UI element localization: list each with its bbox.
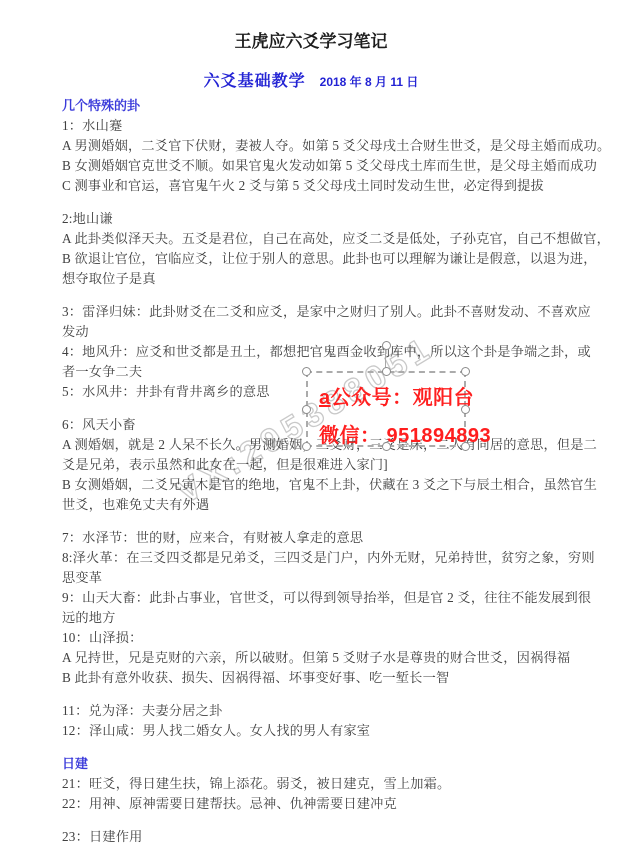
text-line: 想夺取位子是真 [62, 269, 596, 289]
document-page: 王虎应六爻学习笔记 六爻基础教学2018 年 8 月 11 日 几个特殊的卦1：… [0, 0, 622, 856]
document-body: 几个特殊的卦1：水山蹇A 男测婚姻，二爻官下伏财，妻被人夺。如第 5 爻父母戌土… [62, 96, 596, 847]
text-line: 11：兑为泽：夫妻分居之卦 [62, 701, 596, 721]
text-line: 23：日建作用 [62, 827, 596, 847]
selection-handle-bottom-left[interactable] [302, 442, 311, 451]
paragraph-block: 1：水山蹇A 男测婚姻，二爻官下伏财，妻被人夺。如第 5 爻父母戌土合财生世爻，… [62, 116, 596, 196]
selection-handle-top-middle[interactable] [382, 367, 391, 376]
document-date: 2018 年 8 月 11 日 [320, 75, 419, 89]
text-line: 远的地方 [62, 608, 596, 628]
text-line: 4：地风升：应爻和世爻都是丑土，都想把官鬼酉金收到库中，所以这个卦是争端之卦，或 [62, 342, 596, 362]
rotation-handle[interactable] [382, 341, 391, 350]
watermark-public-account-line: a公众号：观阳台 [319, 381, 474, 410]
watermark-selection-box[interactable]: a公众号：观阳台 微信： 951894893 [306, 371, 466, 447]
document-subtitle: 六爻基础教学 [204, 73, 306, 90]
text-line: 9：山天大畜：此卦占事业，官世爻，可以得到领导抬举，但是官 2 爻，往往不能发展… [62, 588, 596, 608]
text-line: 3：雷泽归妹：此卦财爻在二爻和应爻，是家中之财归了别人。此卦不喜财发动、不喜欢应 [62, 302, 596, 322]
section-heading: 几个特殊的卦 [62, 96, 596, 116]
text-line: 思变革 [62, 568, 596, 588]
text-line: A 此卦类似泽天夬。五爻是君位，自己在高处，应爻二爻是低处，子孙克官，自己不想做… [62, 229, 596, 249]
text-line: B 女测婚姻，二爻兄寅木是官的绝地，官鬼不上卦，伏藏在 3 爻之下与辰土相合，虽… [62, 475, 596, 495]
text-line: B 女测婚姻官克世爻不顺。如果官鬼火发动如第 5 爻父母戌土库而生世，是父母主婚… [62, 156, 596, 176]
text-line: 7：水泽节：世的财，应来合，有财被人拿走的意思 [62, 528, 596, 548]
text-line: 22：用神、原神需要日建帮扶。忌神、仇神需要日建冲克 [62, 794, 596, 814]
section-heading: 日建 [62, 754, 596, 774]
text-line: B 此卦有意外收获、损失、因祸得福、坏事变好事、吃一堑长一智 [62, 668, 596, 688]
selection-handle-top-right[interactable] [461, 367, 470, 376]
text-line: A 男测婚姻，二爻官下伏财，妻被人夺。如第 5 爻父母戌土合财生世爻，是父母主婚… [62, 136, 596, 156]
watermark-line1-text: 公众号：观阳台 [331, 387, 475, 409]
paragraph-block: 23：日建作用 [62, 827, 596, 847]
selection-handle-middle-left[interactable] [302, 405, 311, 414]
text-line: B 欲退让官位，官临应爻，让位于别人的意思。此卦也可以理解为谦让是假意，以退为进… [62, 249, 596, 269]
paragraph-block: 21：旺爻，得日建生扶，锦上添花。弱爻，被日建克，雪上加霜。22：用神、原神需要… [62, 774, 596, 814]
text-line: 世爻，也难免丈夫有外遇 [62, 495, 596, 515]
text-line: 2:地山谦 [62, 209, 596, 229]
document-subtitle-row: 六爻基础教学2018 年 8 月 11 日 [0, 68, 622, 91]
text-line: 1：水山蹇 [62, 116, 596, 136]
text-line: 21：旺爻，得日建生扶，锦上添花。弱爻，被日建克，雪上加霜。 [62, 774, 596, 794]
text-line: A 兄持世，兄是克财的六亲，所以破财。但第 5 爻财子水是尊贵的财合世爻，因祸得… [62, 648, 596, 668]
text-line: C 测事业和官运，喜官鬼午火 2 爻与第 5 爻父母戌土同时发动生世，必定得到提… [62, 176, 596, 196]
watermark-underlined-letter: a [319, 387, 331, 409]
text-line: 10：山泽损： [62, 628, 596, 648]
rotation-handle-stem [385, 348, 386, 369]
text-line: 发动 [62, 322, 596, 342]
text-line: 12：泽山咸：男人找二婚女人。女人找的男人有家室 [62, 721, 596, 741]
watermark-wechat-line: 微信： 951894893 [319, 419, 491, 448]
text-line: 8:泽火革：在三爻四爻都是兄弟爻，三四爻是门户，内外无财，兄弟持世，贫穷之象，穷… [62, 548, 596, 568]
selection-handle-top-left[interactable] [302, 367, 311, 376]
document-title: 王虎应六爻学习笔记 [0, 0, 622, 53]
paragraph-block: 11：兑为泽：夫妻分居之卦12：泽山咸：男人找二婚女人。女人找的男人有家室 [62, 701, 596, 741]
text-line: 爻是兄弟，表示虽然和此女在一起，但是很难进入家门] [62, 455, 596, 475]
paragraph-block: 7：水泽节：世的财，应来合，有财被人拿走的意思8:泽火革：在三爻四爻都是兄弟爻，… [62, 528, 596, 688]
paragraph-block: 2:地山谦A 此卦类似泽天夬。五爻是君位，自己在高处，应爻二爻是低处，子孙克官，… [62, 209, 596, 289]
